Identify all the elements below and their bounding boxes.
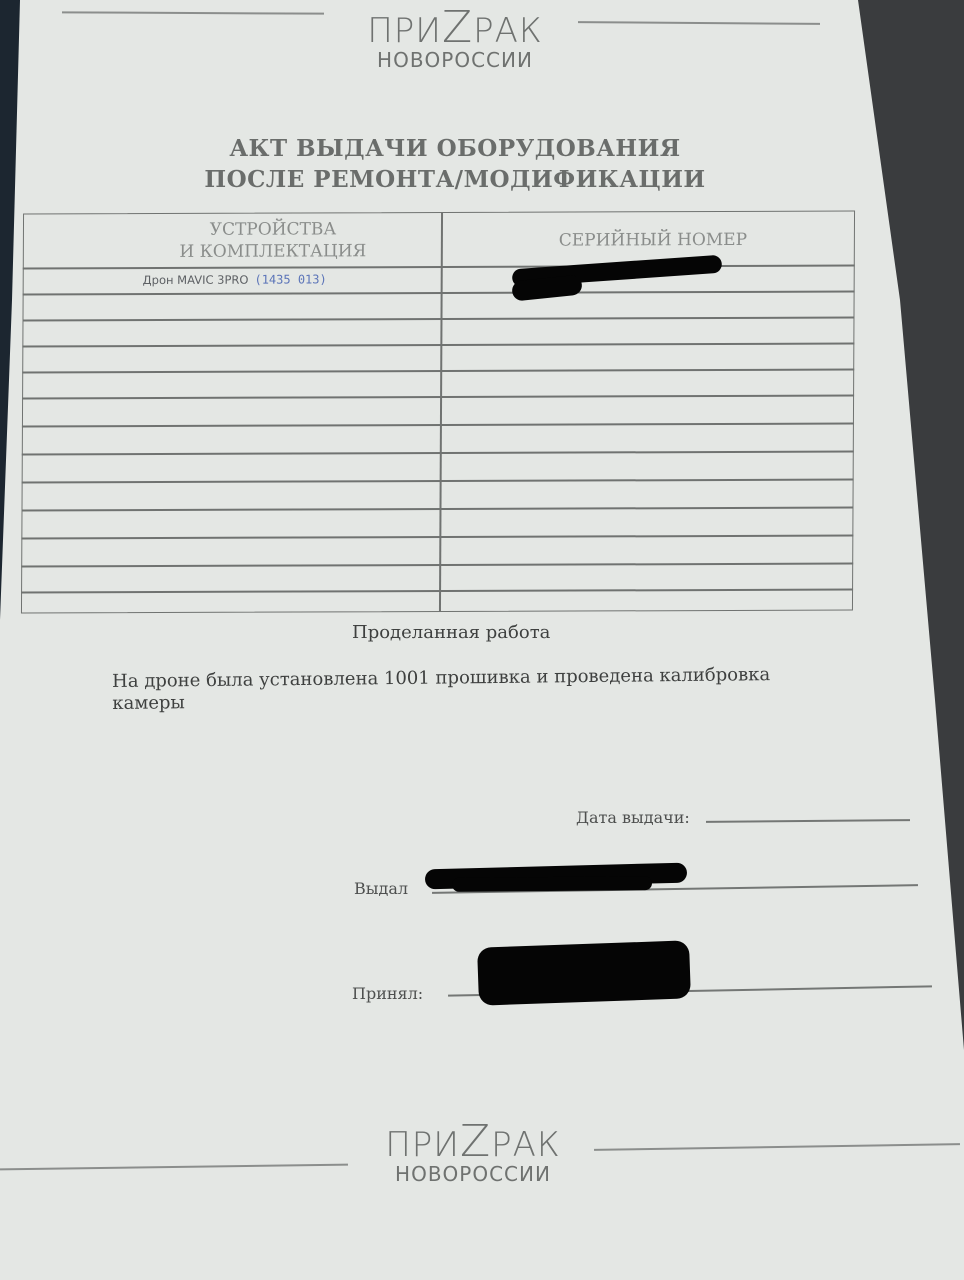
issued-label: Выдал [354, 879, 408, 898]
title-line-1: АКТ ВЫДАЧИ ОБОРУДОВАНИЯ [190, 133, 720, 164]
received-label: Принял: [352, 984, 423, 1003]
date-line [706, 819, 910, 822]
date-label: Дата выдачи: [576, 808, 690, 827]
handwritten-number: (1435 013) [254, 272, 326, 286]
document-sheet: ПРИZРАК НОВОРОССИИ АКТ ВЫДАЧИ ОБОРУДОВАН… [0, 0, 964, 1280]
equipment-table: УСТРОЙСТВА И КОМПЛЕКТАЦИЯ СЕРИЙНЫЙ НОМЕР… [21, 211, 855, 614]
document-title: АКТ ВЫДАЧИ ОБОРУДОВАНИЯ ПОСЛЕ РЕМОНТА/МО… [190, 133, 720, 195]
logo-z: Z [442, 2, 473, 53]
table-row: Дрон MAVIC 3PRO(1435 013) [143, 272, 327, 287]
device-cell: Дрон MAVIC 3PRO [143, 273, 249, 287]
logo-text: ПРИ [367, 11, 442, 51]
work-heading: Проделанная работа [352, 622, 550, 643]
header-devices: УСТРОЙСТВА И КОМПЛЕКТАЦИЯ [123, 218, 423, 263]
header-serial: СЕРИЙНЫЙ НОМЕР [523, 229, 783, 252]
footer-rule-left [0, 1164, 348, 1171]
footer-rule-right [594, 1143, 960, 1151]
header-rule-right [578, 21, 820, 25]
header-logo: ПРИZРАК НОВОРОССИИ [360, 10, 550, 71]
header-rule-left [62, 11, 324, 14]
issued-redaction [452, 876, 652, 892]
footer-logo: ПРИZРАК НОВОРОССИИ [378, 1124, 568, 1185]
title-line-2: ПОСЛЕ РЕМОНТА/МОДИФИКАЦИИ [190, 164, 720, 195]
logo-text: РАК [473, 11, 543, 51]
logo-subtitle: НОВОРОССИИ [360, 49, 550, 71]
work-description: На дроне была установлена 1001 прошивка … [112, 663, 832, 715]
received-redaction [477, 940, 691, 1005]
